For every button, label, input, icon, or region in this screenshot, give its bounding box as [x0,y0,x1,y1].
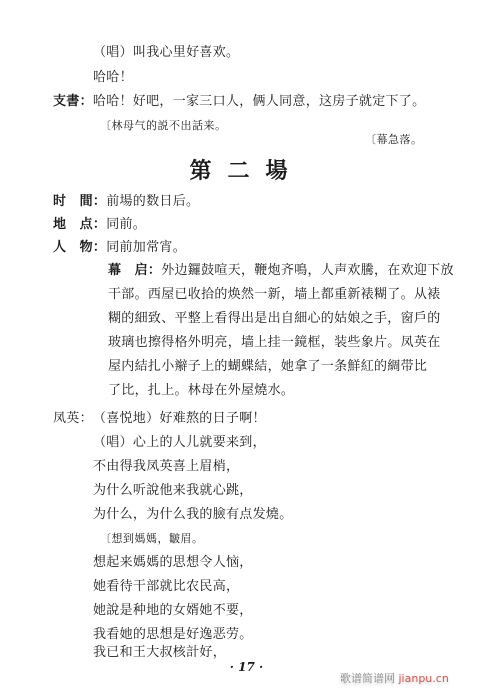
info-value: 前場的数日后。 [106,194,199,209]
info-label: 时 間： [53,194,106,210]
dialogue-text: （喜悦地）好难熬的日子啊！ [93,411,266,426]
curtain-line: 糊的細致、平整上看得出是出自細心的姑娘之手，窗戶的 [108,311,441,327]
info-value: 同前。 [106,217,146,232]
lyric-line: 她說是种地的女婿她不要， [93,603,253,619]
watermark-url: jianpu.cn [399,672,449,685]
scene-info-characters: 人 物：同前加常宵。 [53,240,186,256]
watermark-text: 歌谱简谱网 [340,672,399,685]
info-label: 地 点： [53,217,106,233]
curtain-line: 幕 启：外边鑼鼓喧天，鞭炮齐鳴，人声欢騰，在欢迎下放 [108,263,454,279]
info-value: 同前加常宵。 [106,240,186,255]
stage-direction: 〔幕急落。 [365,132,423,148]
lyric-line: 为什么听說他来我就心跳， [93,483,253,499]
info-label: 人 物： [53,240,106,256]
curtain-line: 屋内結扎小辮子上的蝴蝶結，她拿了一条鮮紅的綢带比 [108,359,427,375]
scene-title: 第二場 [0,154,493,185]
lyric-line: 我看她的思想是好逸恶劳。 [93,627,253,643]
lyric-line: （唱）叫我心里好喜欢。 [93,45,239,61]
scene-info-place: 地 点：同前。 [53,217,146,233]
speaker-label: 支書： [53,94,93,110]
dialogue-fengying: 凤英：（喜悦地）好难熬的日子啊！ [53,411,266,427]
dialogue-text: 哈哈！好吧，一家三口人，俩人同意，这房子就定下了。 [93,94,426,109]
lyric-line: 她看待干部就比农民高， [93,579,239,595]
scene-info-time: 时 間：前場的数日后。 [53,194,199,210]
lyric-line: 哈哈！ [93,70,133,86]
lyric-line: 不由得我凤英喜上眉梢， [93,459,239,475]
speaker-label: 凤英： [53,411,93,427]
curtain-line: 干部。西屋已收拾的焕然一新，墙上都重新裱糊了。从裱 [108,287,441,303]
stage-direction: 〔想到媽媽，皺眉。 [100,531,204,547]
lyric-line: 我已和王大叔核計好， [93,645,226,661]
curtain-line: 玻璃也擦得格外明亮，墙上挂一鏡框，装些象片。凤英在 [108,335,441,351]
lyric-line: （唱）心上的人儿就要来到， [93,435,266,451]
stage-direction: 〔林母气的説不出話来。 [100,118,227,134]
lyric-line: 想起来媽媽的思想令人恼， [93,555,253,571]
curtain-label: 幕 启： [108,263,161,279]
curtain-line: 了比，扎上。林母在外屋燒水。 [108,383,294,399]
watermark: 歌谱简谱网 jianpu.cn [340,670,490,690]
lyric-line: 为什么，为什么我的臉有点发燒。 [93,507,293,523]
dialogue-zhishu: 支書：哈哈！好吧，一家三口人，俩人同意，这房子就定下了。 [53,94,425,110]
